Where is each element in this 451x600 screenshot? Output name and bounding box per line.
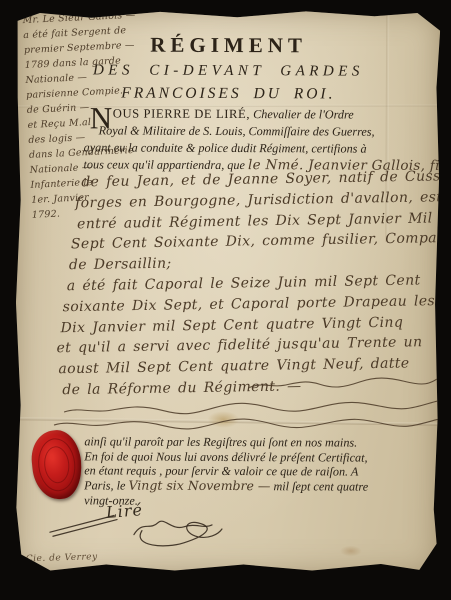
paper-stain (340, 545, 362, 556)
photo-background: Mr. Le Sieur Gallois — a été fait Sergen… (0, 0, 451, 600)
signature-name: Liré (105, 500, 143, 522)
closing-line-1: ainſi qu'il paroît par les Regiſtres qui… (84, 434, 422, 450)
printed-date-suffix: mil ſept cent quatre (273, 479, 368, 493)
printed-intro-line-2: Royal & Militaire de S. Louis, Commiſſai… (99, 124, 375, 137)
regiment-title: RÉGIMENT DES CI-DEVANT GARDES FRANCOISES… (14, 34, 443, 102)
certificate-paper: Mr. Le Sieur Gallois — a été fait Sergen… (12, 6, 443, 578)
title-line-roi: FRANCOISES DU ROI. (14, 85, 443, 102)
printed-intro-line-1: OUS PIERRE DE LIRÉ, Chevalier de l'Ordre (113, 107, 354, 121)
red-wax-seal (29, 428, 85, 502)
handwritten-date: Vingt six Novembre — (128, 478, 270, 494)
closing-line-2: En foi de quoi Nous lui avons délivré le… (84, 449, 422, 465)
title-line-gardes: DES CI-DEVANT GARDES (14, 63, 443, 80)
printed-intro-line-3: ayant eu la conduite & police dudit Régi… (84, 141, 367, 154)
footer-company-note: Cie. de Verrey (26, 552, 98, 564)
wavy-filler-line (52, 414, 444, 432)
closing-line-4: Paris, le Vingt six Novembre — mil ſept … (84, 478, 422, 494)
printed-closing-paragraph: ainſi qu'il paroît par les Regiſtres qui… (84, 434, 422, 509)
printed-date-prefix: Paris, le (84, 478, 125, 492)
handwritten-service-record: de feu Jean, et de Jeanne Soyer, natif d… (57, 172, 448, 402)
printed-intro-text: Chevalier de l'Ordre (253, 107, 354, 121)
officer-name: OUS PIERRE DE LIRÉ, (113, 106, 250, 121)
title-line-regiment: RÉGIMENT (14, 34, 443, 57)
